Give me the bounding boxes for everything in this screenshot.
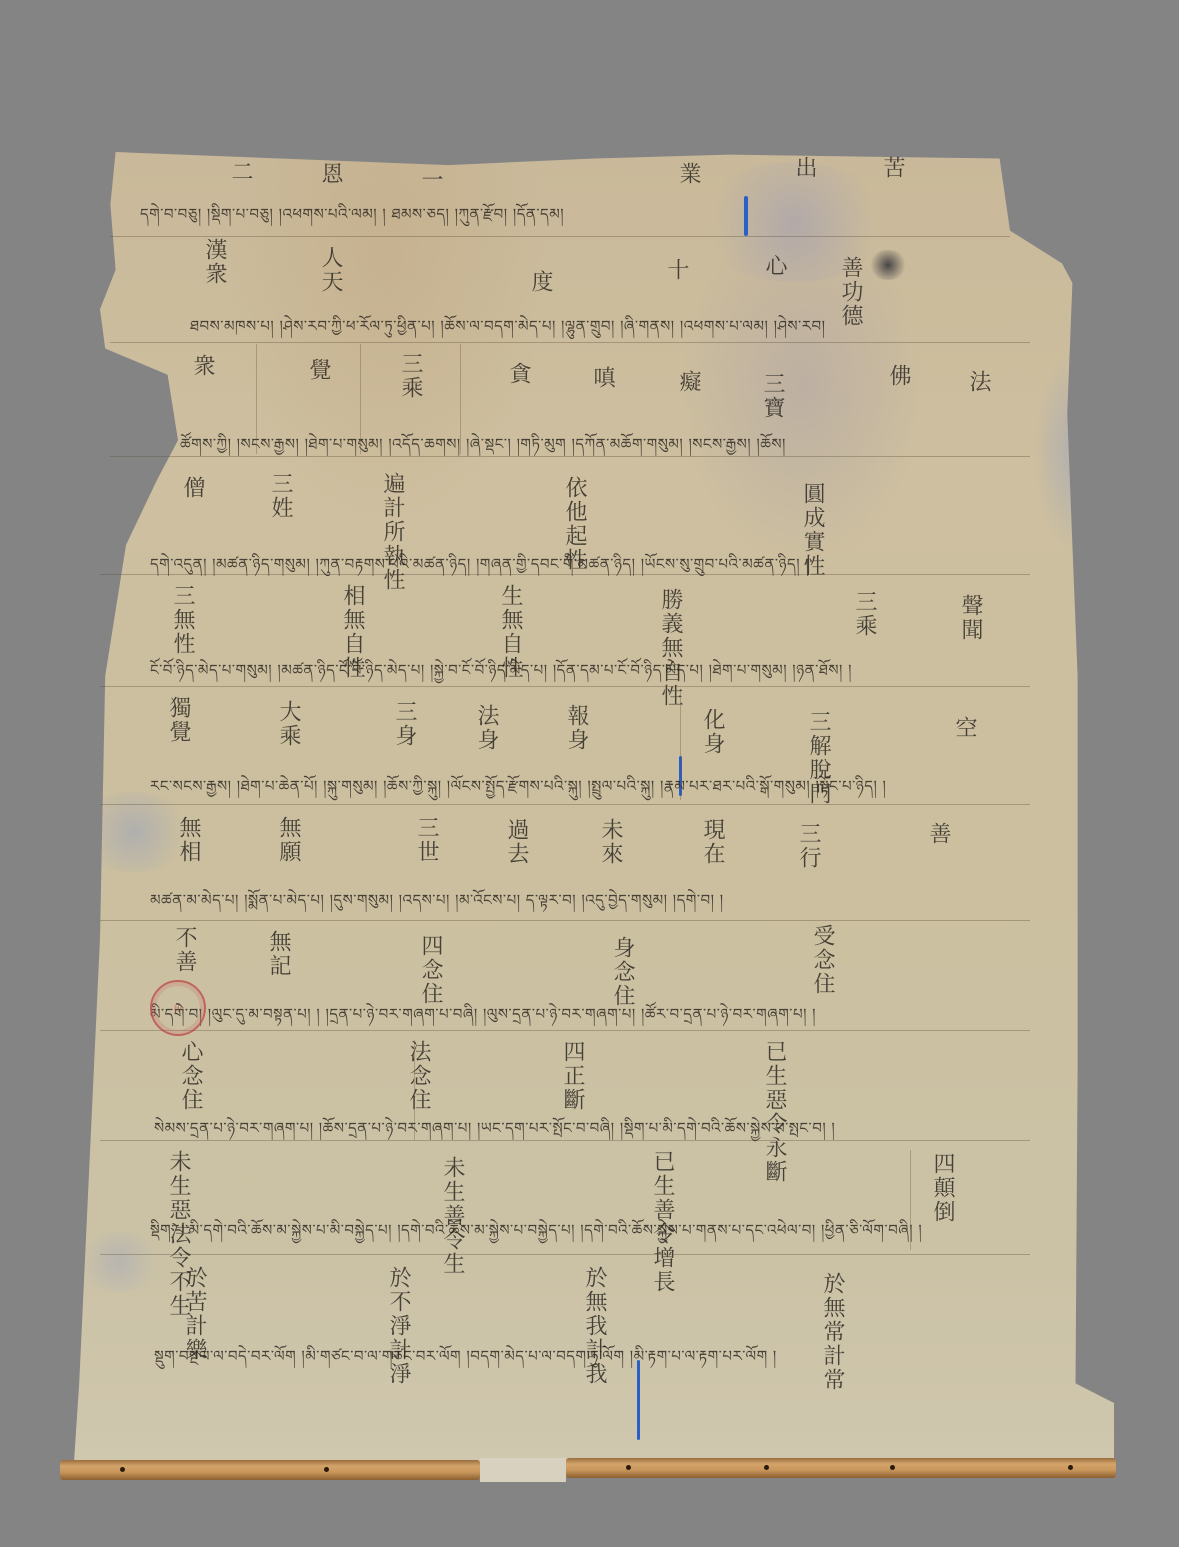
chinese-term: 度 (528, 270, 552, 294)
water-stain (694, 162, 894, 282)
column-divider (910, 1150, 911, 1250)
chinese-term: 化身 (700, 708, 724, 756)
chinese-term: 法身 (474, 704, 498, 752)
tibetan-line: སྡུག་བསྔལ་ལ་བདེ་བར་ལོག །མི་གཙང་བ་ལ་གཙང་བ… (154, 1340, 777, 1382)
chinese-term: 四念住 (418, 934, 442, 1006)
chinese-term: 嗔 (590, 366, 614, 390)
chinese-term: 空 (952, 716, 976, 740)
nail-hole (890, 1465, 895, 1470)
chinese-term: 無相 (176, 816, 200, 864)
ruled-line (100, 1140, 1030, 1141)
chinese-term: 四正斷 (560, 1040, 584, 1112)
tibetan-line: སེམས་དྲན་པ་ཉེ་བར་གཞག་པ། །ཆོས་དྲན་པ་ཉེ་བར… (154, 1112, 835, 1154)
chinese-term: 善 (926, 822, 950, 846)
column-divider (256, 344, 257, 454)
ruled-line (110, 236, 1010, 237)
tibetan-line: ངོ་བོ་ཉིད་མེད་པ་གསུམ། །མཚན་ཉིད་ངོ་བོ་ཉིད… (150, 654, 852, 696)
chinese-term: 癡 (676, 370, 700, 394)
chinese-term: 四顛倒 (930, 1152, 954, 1224)
chinese-term: 三乘 (852, 590, 876, 638)
ruled-line (100, 574, 1030, 575)
chinese-term: 三世 (414, 816, 438, 864)
ink-blot (868, 250, 908, 280)
chinese-term: 過去 (504, 818, 528, 866)
chinese-term: 二 (228, 160, 252, 184)
water-stain (1034, 352, 1114, 552)
tibetan-line: དགེ་འདུན། །མཚན་ཉིད་གསུམ། །ཀུན་བརྟགས་པའི་… (150, 548, 809, 590)
chinese-term: 衆 (190, 354, 214, 378)
nail-hole (626, 1465, 631, 1470)
chinese-term: 三姓 (268, 472, 292, 520)
chinese-term: 出 (792, 156, 816, 180)
column-divider (414, 1040, 415, 1140)
ruled-line (100, 1254, 1030, 1255)
chinese-term: 法 (966, 370, 990, 394)
chinese-term: 報身 (564, 704, 588, 752)
ruled-line (100, 686, 1030, 687)
chinese-term: 貪 (506, 362, 530, 386)
chinese-term: 苦 (880, 156, 904, 180)
torn-gap (480, 1458, 566, 1482)
ruled-line (110, 342, 1030, 343)
column-divider (460, 344, 461, 454)
chinese-term: 聲聞 (958, 594, 982, 642)
chinese-term: 十 (664, 258, 688, 282)
chinese-term: 佛 (886, 364, 910, 388)
tibetan-line: སྡིག་པ་མི་དགེ་བའི་ཆོས་མ་སྐྱེས་པ་མི་བསྐྱེ… (150, 1214, 922, 1256)
chinese-term: 大乘 (276, 700, 300, 748)
chinese-term: 心 (762, 254, 786, 278)
chinese-term: 於無常計常 (820, 1272, 844, 1392)
chinese-term: 無記 (266, 930, 290, 978)
ruled-line (100, 1030, 1030, 1031)
tibetan-line: དགེ་བ་བཅུ། །སྡིག་པ་བཅུ། །འཕགས་པའི་ལམ། ། … (140, 198, 564, 240)
ruled-line (100, 920, 1030, 921)
chinese-term: 業 (676, 162, 700, 186)
chinese-term: 善功德 (838, 256, 862, 328)
blue-ink-mark (744, 196, 748, 236)
chinese-term: 三乘 (398, 352, 422, 400)
tibetan-line: ཐབས་མཁས་པ། །ཤེས་རབ་ཀྱི་ཕ་རོལ་ཏུ་ཕྱིན་པ། … (190, 310, 826, 352)
chinese-term: 法念住 (406, 1040, 430, 1112)
chinese-term: 漢衆 (202, 238, 226, 286)
chinese-term: 三行 (796, 822, 820, 870)
chinese-term: 受念住 (810, 924, 834, 996)
ruled-line (100, 804, 1030, 805)
chinese-term: 無願 (276, 816, 300, 864)
chinese-term: 三寶 (760, 372, 784, 420)
wooden-rod-left (60, 1460, 480, 1480)
chinese-term: 現在 (700, 818, 724, 866)
chinese-term: 僧 (180, 476, 204, 500)
column-divider (680, 690, 681, 800)
chinese-term: 獨覺 (166, 696, 190, 744)
chinese-term: 人天 (318, 246, 342, 294)
chinese-term: 一 (418, 168, 442, 192)
nail-hole (1068, 1465, 1073, 1470)
nail-hole (120, 1467, 125, 1472)
chinese-term: 未來 (598, 818, 622, 866)
red-seal-stamp: 印 (150, 980, 206, 1036)
chinese-term: 三身 (392, 700, 416, 748)
chinese-term: 不善 (172, 926, 196, 974)
tibetan-line: ཚོགས་ཀྱི། །སངས་རྒྱས། །ཐེག་པ་གསུམ། །འདོད་… (180, 428, 786, 470)
chinese-term: 恩 (318, 162, 342, 186)
chinese-term: 心念住 (178, 1040, 202, 1112)
nail-hole (324, 1467, 329, 1472)
column-divider (360, 344, 361, 454)
wooden-rod-right (566, 1458, 1116, 1478)
tibetan-line: རང་སངས་རྒྱས། །ཐེག་པ་ཆེན་པོ། །སྐུ་གསུམ། །… (150, 770, 886, 812)
ruled-line (110, 456, 1030, 457)
chinese-term: 覺 (306, 358, 330, 382)
nail-hole (764, 1465, 769, 1470)
seal-text: 印 (173, 1004, 184, 1012)
chinese-term: 三無性 (170, 584, 194, 656)
tibetan-line: མི་དགེ་བ། །ལུང་དུ་མ་བསྟན་པ། ། །དྲན་པ་ཉེ་… (150, 998, 816, 1040)
